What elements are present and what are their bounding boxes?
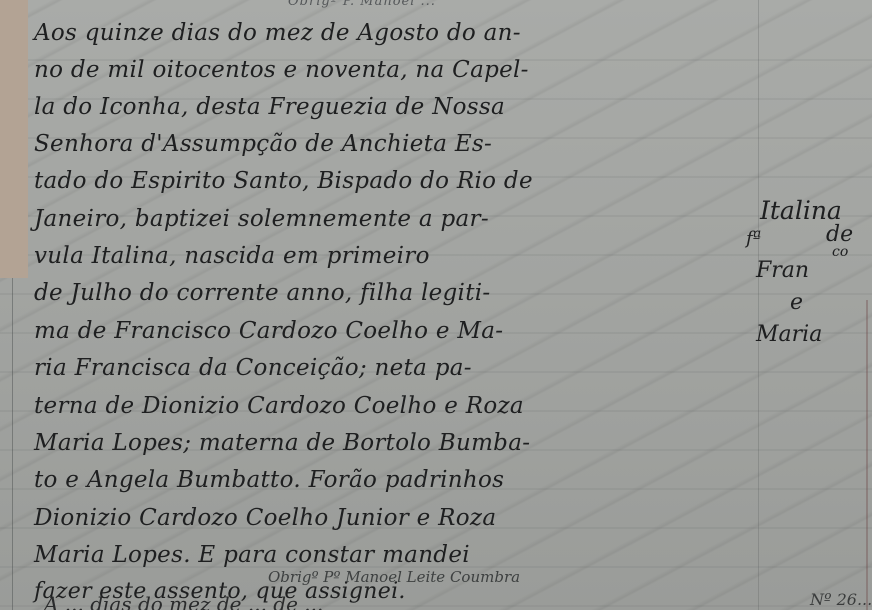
margin-note-filha: fª	[746, 228, 761, 249]
record-line-3: la do Iconha, desta Freguezia de Nossa	[34, 94, 505, 120]
margin-note-e: e	[790, 290, 803, 315]
margin-note-maria: Maria	[756, 322, 822, 347]
entry-number: Nº 26...	[810, 590, 872, 609]
record-line-12: Maria Lopes; materna de Bortolo Bumba-	[34, 430, 530, 456]
margin-note-name: Italina	[760, 196, 842, 225]
record-line-2: no de mil oitocentos e noventa, na Capel…	[34, 57, 529, 83]
record-line-13: to e Angela Bumbatto. Forão padrinhos	[34, 467, 504, 493]
record-line-1: Aos quinze dias do mez de Agosto do an-	[34, 20, 521, 46]
margin-note-francisco: Fran	[756, 258, 809, 283]
record-line-5: tado do Espirito Santo, Bispado do Rio d…	[34, 168, 533, 194]
left-margin-rule	[12, 278, 13, 610]
record-line-7: vula Italina, nascida em primeiro	[34, 243, 430, 269]
right-margin-rule	[758, 0, 759, 610]
record-line-4: Senhora d'Assumpção de Anchieta Es-	[34, 131, 492, 157]
margin-note-co-superscript: co	[832, 244, 848, 260]
header-note: Obrigº P. Manoel ...	[288, 0, 436, 9]
record-line-10: ria Francisca da Conceição; neta pa-	[34, 355, 472, 381]
next-entry-partial: A ... dias do mez de ... de ...	[44, 592, 323, 610]
record-line-14: Dionizio Cardozo Coelho Junior e Roza	[34, 505, 496, 531]
record-line-8: de Julho do corrente anno, filha legiti-	[34, 280, 490, 306]
record-line-11: terna de Dionizio Cardozo Coelho e Roza	[34, 393, 524, 419]
priest-signature: Obrigº Pº Manoel Leite Coumbra	[268, 568, 520, 586]
record-line-15: Maria Lopes. E para constar mandei	[34, 542, 470, 568]
record-line-6: Janeiro, baptizei solemnemente a par-	[34, 206, 489, 232]
page-edge	[866, 300, 868, 610]
document-page: Obrigº P. Manoel ... Aos quinze dias do …	[0, 0, 872, 610]
binding-tape-strip	[0, 0, 28, 278]
record-line-9: ma de Francisco Cardozo Coelho e Ma-	[34, 318, 503, 344]
